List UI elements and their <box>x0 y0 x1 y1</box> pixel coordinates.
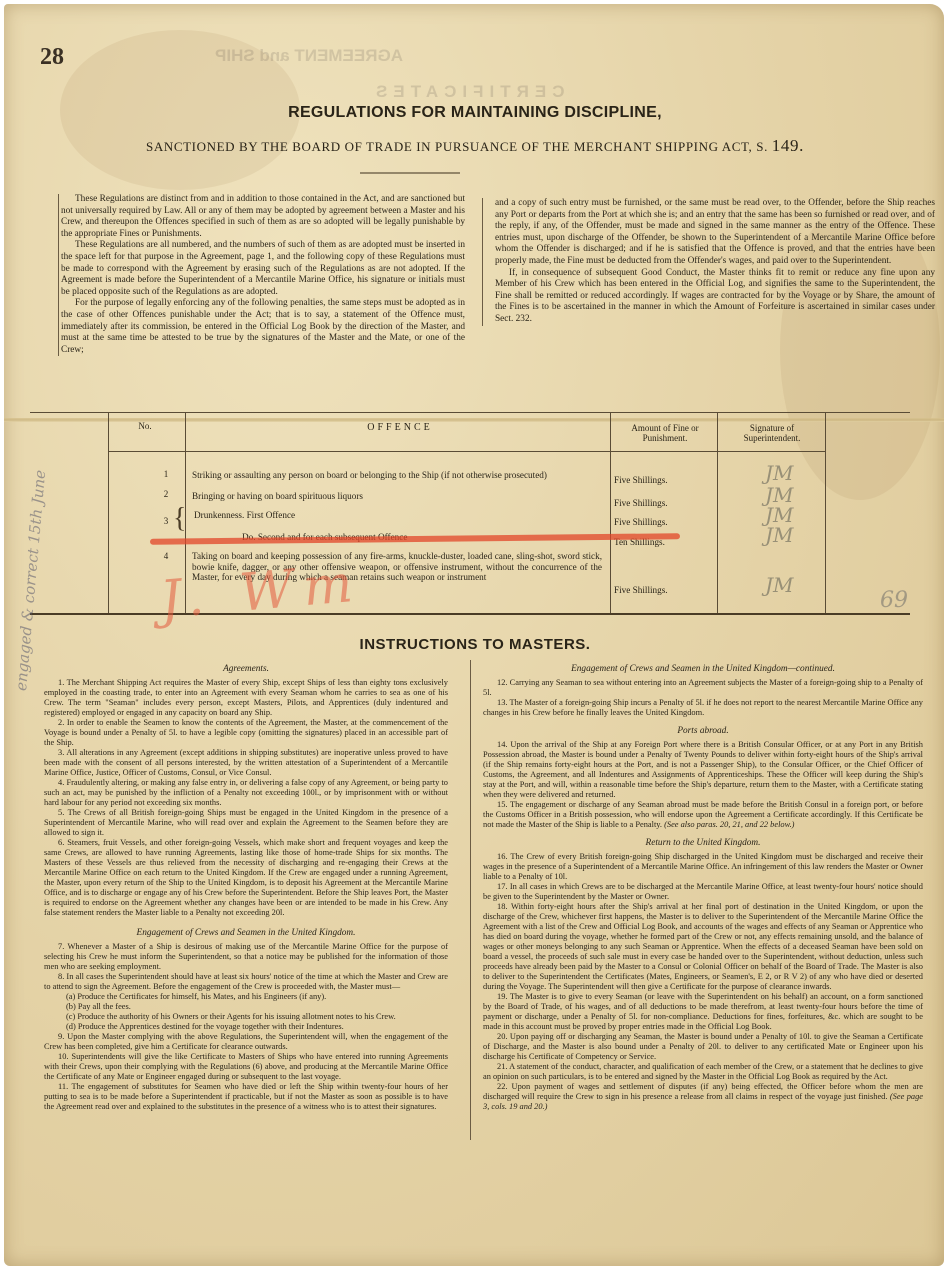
subheading-return: Return to the United Kingdom. <box>483 838 923 848</box>
instruction-15: 15. The engagement or discharge of any S… <box>483 800 923 830</box>
instruction-3: 3. All alterations in any Agreement (exc… <box>44 748 448 778</box>
header-divider <box>108 451 825 452</box>
row-number: 2 <box>156 489 176 499</box>
section-number: 149. <box>772 136 804 155</box>
instruction-15-ref: (See also paras. 20, 21, and 22 below.) <box>664 820 794 829</box>
regulations-intro-left: These Regulations are distinct from and … <box>58 194 465 356</box>
instruction-18: 18. Within forty-eight hours after the S… <box>483 902 923 992</box>
instruction-16: 16. The Crew of every British foreign-go… <box>483 852 923 882</box>
instruction-12: 12. Carrying any Seaman to sea without e… <box>483 678 923 698</box>
page-number: 28 <box>40 44 64 71</box>
offence-text: Bringing or having on board spirituous l… <box>192 491 602 502</box>
column-divider <box>108 413 109 613</box>
superintendent-initials: JM <box>765 573 794 597</box>
superintendent-initials: JM <box>765 523 794 547</box>
header-no: No. <box>125 421 165 431</box>
instruction-22-text: 22. Upon payment of wages and settlement… <box>483 1082 923 1101</box>
instruction-8b: (b) Pay all the fees. <box>44 1002 448 1012</box>
paragraph: If, in consequence of subsequent Good Co… <box>495 268 935 326</box>
instruction-17: 17. In all cases in which Crews are to b… <box>483 882 923 902</box>
column-divider <box>610 413 611 613</box>
row-number: 1 <box>156 469 176 479</box>
offence-text: Striking or assaulting any person on boa… <box>192 470 602 481</box>
row-number: 3 <box>156 516 176 526</box>
instruction-13: 13. The Master of a foreign-going Ship i… <box>483 698 923 718</box>
row-number: 4 <box>156 551 176 561</box>
fine-amount: Five Shillings. <box>614 585 668 595</box>
header-signature: Signature of Superintendent. <box>727 423 817 443</box>
fine-amount: Five Shillings. <box>614 498 668 508</box>
instruction-21: 21. A statement of the conduct, characte… <box>483 1062 923 1082</box>
instruction-8c: (c) Produce the authority of his Owners … <box>44 1012 448 1022</box>
instructions-right-column: Engagement of Crews and Seamen in the Un… <box>470 660 923 1140</box>
subheading-agreements: Agreements. <box>44 664 448 674</box>
paragraph: These Regulations are all numbered, and … <box>61 240 465 298</box>
instruction-22: 22. Upon payment of wages and settlement… <box>483 1082 923 1112</box>
page-title: REGULATIONS FOR MAINTAINING DISCIPLINE, <box>0 104 950 122</box>
subheading-engagement: Engagement of Crews and Seamen in the Un… <box>44 928 448 938</box>
instruction-8: 8. In all cases the Superintendent shoul… <box>44 972 448 992</box>
subheading-engagement-continued: Engagement of Crews and Seamen in the Un… <box>483 664 923 674</box>
header-offence: OFFENCE <box>190 423 610 433</box>
paragraph: and a copy of such entry must be furnish… <box>495 198 935 268</box>
column-divider <box>717 413 718 613</box>
instruction-10: 10. Superintendents will give the like C… <box>44 1052 448 1082</box>
instruction-1: 1. The Merchant Shipping Act requires th… <box>44 678 448 718</box>
paragraph: These Regulations are distinct from and … <box>61 194 465 240</box>
subheading-ports-abroad: Ports abroad. <box>483 726 923 736</box>
divider <box>360 172 460 174</box>
instruction-20: 20. Upon paying off or discharging any S… <box>483 1032 923 1062</box>
instructions-title: INSTRUCTIONS TO MASTERS. <box>0 636 950 653</box>
instruction-9: 9. Upon the Master complying with the ab… <box>44 1032 448 1052</box>
offence-text: Drunkenness. First Offence <box>194 510 604 521</box>
page-subtitle: SANCTIONED BY THE BOARD OF TRADE IN PURS… <box>0 136 950 156</box>
instruction-4: 4. Fraudulently altering, or making any … <box>44 778 448 808</box>
regulations-intro-right: and a copy of such entry must be furnish… <box>482 198 935 326</box>
column-divider <box>825 413 826 613</box>
instruction-2: 2. In order to enable the Seamen to know… <box>44 718 448 748</box>
instruction-11: 11. The engagement of substitutes for Se… <box>44 1082 448 1112</box>
instruction-8a: (a) Produce the Certificates for himself… <box>44 992 448 1002</box>
instructions-left-column: Agreements. 1. The Merchant Shipping Act… <box>44 660 448 1112</box>
paragraph: For the purpose of legally enforcing any… <box>61 298 465 356</box>
instruction-19: 19. The Master is to give to every Seama… <box>483 992 923 1032</box>
fine-amount: Five Shillings. <box>614 517 668 527</box>
pencil-number: 69 <box>880 588 908 613</box>
bleed-through-text: AGREEMENT and SHIP <box>215 46 403 66</box>
instruction-8d: (d) Produce the Apprentices destined for… <box>44 1022 448 1032</box>
header-fine: Amount of Fine or Punishment. <box>620 423 710 443</box>
instruction-6: 6. Steamers, fruit Vessels, and other fo… <box>44 838 448 918</box>
superintendent-initials: JM <box>765 461 794 485</box>
instruction-14: 14. Upon the arrival of the Ship at any … <box>483 740 923 800</box>
instruction-7: 7. Whenever a Master of a Ship is desiro… <box>44 942 448 972</box>
instruction-5: 5. The Crews of all British foreign-goin… <box>44 808 448 838</box>
fine-amount: Five Shillings. <box>614 475 668 485</box>
subtitle-text: SANCTIONED BY THE BOARD OF TRADE IN PURS… <box>146 139 768 154</box>
bleed-through-text: CERTIFICATES <box>370 82 564 102</box>
